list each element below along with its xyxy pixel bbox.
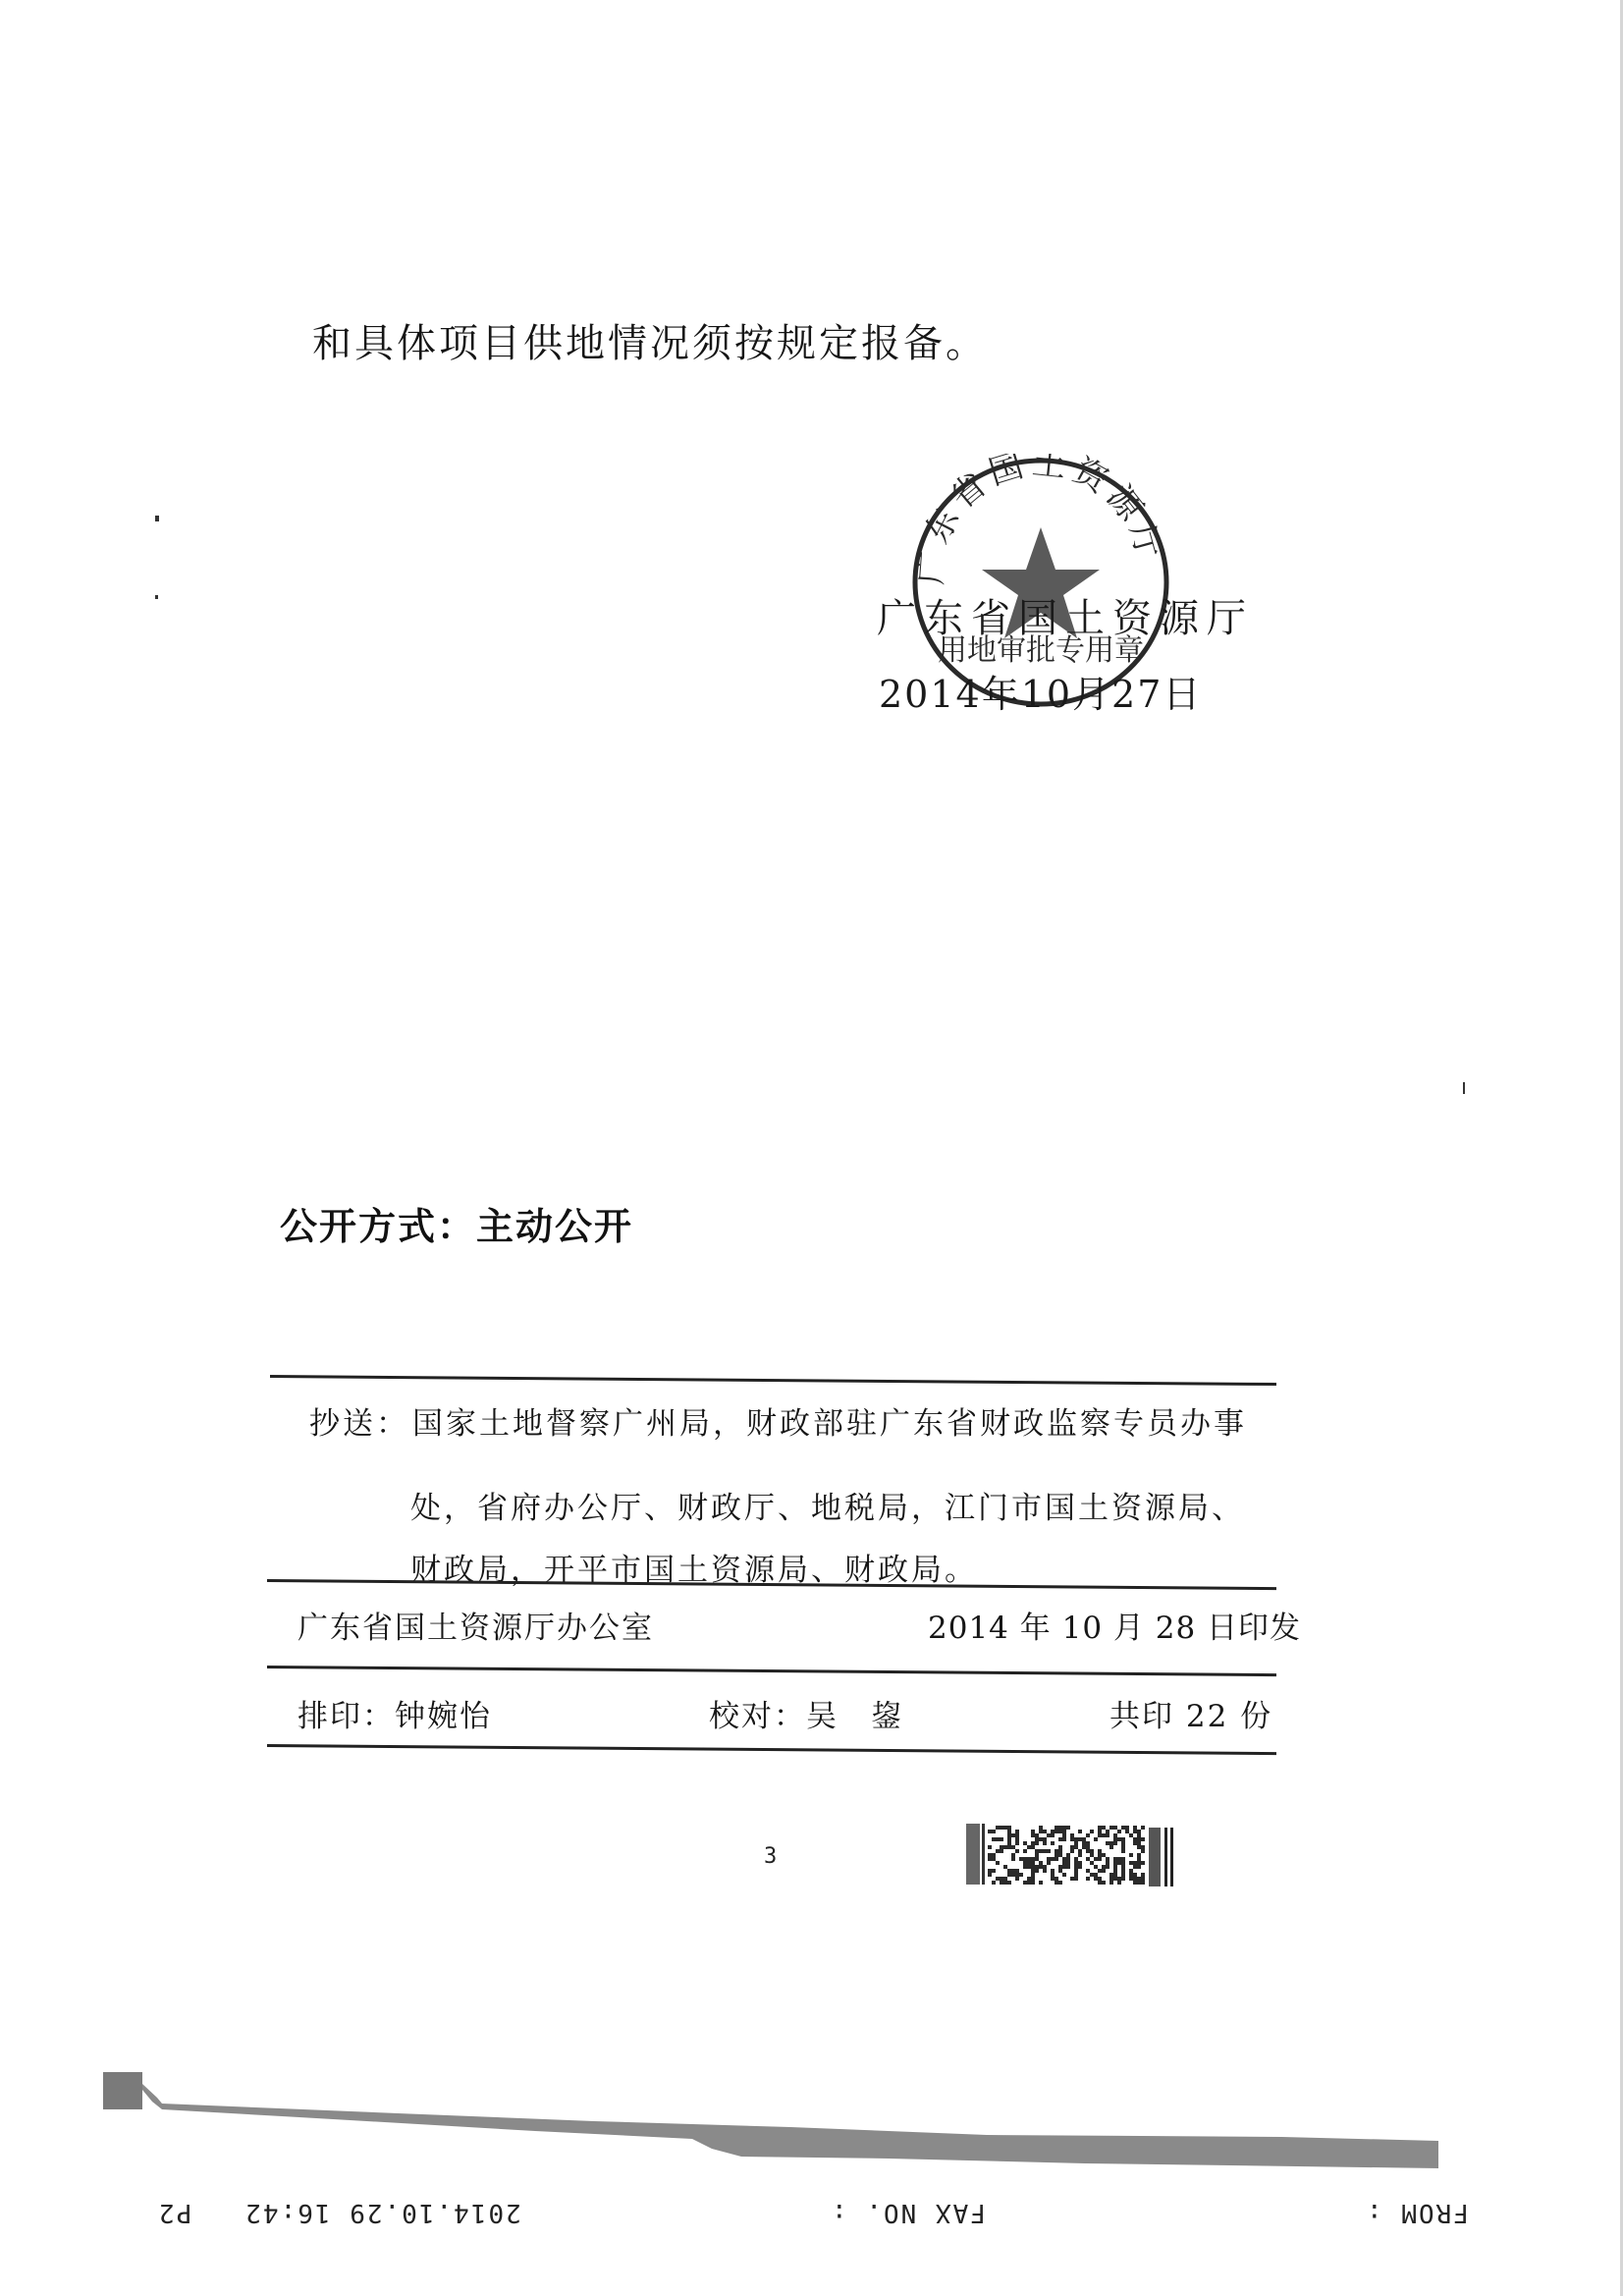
body-continuation-text: 和具体项目供地情况须按规定报备。 (312, 312, 988, 368)
disclosure-value: 主动公开 (476, 1205, 633, 1248)
proofreader: 校对：吴 鋆 (709, 1691, 903, 1735)
fax-page: P2 (157, 2198, 191, 2227)
scan-speck (155, 595, 158, 599)
copies-printed: 共印 22 份 (1109, 1691, 1272, 1735)
cc-line: 国家土地督察广州局，财政部驻广东省财政监察专员办事 (412, 1398, 1247, 1443)
fax-from-label: FROM : (1365, 2198, 1469, 2227)
issuing-office: 广东省国土资源厅办公室 (298, 1603, 654, 1647)
2d-barcode-icon (966, 1822, 1180, 1888)
fax-transmission-band (103, 2070, 1438, 2178)
scan-speck (155, 516, 159, 521)
disclosure-label: 公开方式： (280, 1205, 476, 1248)
typesetter: 排印：钟婉怡 (298, 1691, 492, 1735)
issue-date: 2014 年 10 月 28 日印发 (928, 1603, 1301, 1647)
signature-organization: 广东省国土资源厅 (877, 587, 1254, 643)
fax-timestamp-value: 2014.10.29 16:42 (243, 2198, 520, 2227)
rule-top (270, 1375, 1276, 1386)
rule-issuance-bottom (267, 1666, 1276, 1676)
cc-line: 处，省府办公厅、财政厅、地税局，江门市国土资源局、 (410, 1483, 1245, 1527)
scan-speck (1463, 1082, 1465, 1094)
fax-timestamp: 2014.10.29 16:42 P2 (157, 2198, 521, 2227)
disclosure-method: 公开方式：主动公开 (280, 1196, 633, 1250)
rule-bottom (267, 1744, 1276, 1755)
fax-number-label: FAX NO. : (830, 2198, 986, 2227)
page-number: 3 (764, 1844, 777, 1869)
signature-date: 2014年10月27日 (879, 664, 1202, 718)
cc-label: 抄送： (309, 1398, 409, 1443)
